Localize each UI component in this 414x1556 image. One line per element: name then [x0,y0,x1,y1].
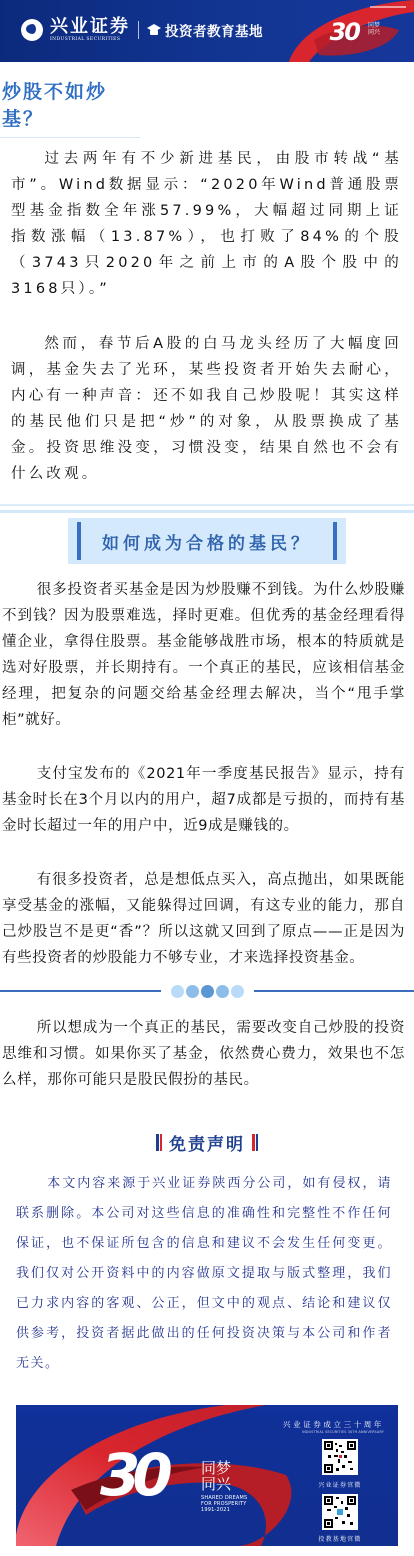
section-divider [0,504,414,513]
swirl-logo-icon [21,19,43,41]
disclaimer-text: 本文内容来源于兴业证券陕西分公司，如有侵权，请联系删除。本公司对这些信息的准确性… [0,1169,414,1379]
paragraph: 然而，春节后A股的白马龙头经历了大幅度回调，基金失去了光环，某些投资者开始失去耐… [0,331,414,487]
qr-code-icon [324,1441,356,1473]
dot-icon [231,985,244,998]
paragraph: 所以想成为一个真正的基民，需要改变自己炒股的投资思维和习惯。如果你买了基金，依然… [0,1015,414,1093]
section-header-box: 如何成为合格的基民？ [0,518,414,564]
paragraph: 过去两年有不少新进基民，由股市转战“基市”。Wind数据显示：“2020年Win… [0,146,414,302]
section-header: 如何成为合格的基民？ [68,518,346,564]
paragraph: 支付宝发布的《2021年一季度基民报告》显示，持有基金时长在3个月以内的用户，超… [0,761,414,839]
qr-label: 兴业证券官微 [315,1480,365,1489]
divider-line-left [0,990,161,992]
tricolor-bar-icon [156,1134,162,1151]
edu-base-text: 投资者教育基地 [165,20,263,40]
graduation-cap-icon [147,23,161,37]
divider-line-right [254,990,414,992]
qr-code-edu-base[interactable] [322,1494,358,1530]
divider-dots [170,985,245,998]
logo-separator [138,21,139,39]
disclaimer-header: 免责声明 [0,1130,414,1155]
anniversary-caption [370,6,406,8]
footer-banner: 30 同梦 同兴 SHARED DREAMS FOR PROSPERITY 19… [16,1405,398,1546]
anniversary-title: 兴业证券成立三十周年 [283,1419,384,1430]
brand-logo: 兴业证券 INDUSTRIAL SECURITIES 投资者教育基地 [21,17,263,42]
qr-label: 投教基地官微 [315,1534,365,1543]
dot-icon [171,985,184,998]
brand-name-en: INDUSTRIAL SECURITIES [50,37,130,42]
dot-icon [201,985,214,998]
anniversary-number: 30 [100,1445,165,1505]
motto-line: 同兴 [201,1476,231,1492]
dot-divider [0,983,414,999]
anniversary-years: 1991-2021 [201,1507,247,1513]
anniversary-subtitle: INDUSTRIAL SECURITIES 30TH ANNIVERSARY [302,1430,384,1434]
section-title-stock-vs-fund: 炒股不如炒基？ [0,77,140,138]
anniversary-motto-en: SHARED DREAMS FOR PROSPERITY 1991-2021 [201,1495,247,1513]
paragraph: 很多投资者买基金是因为炒股赚不到钱。为什么炒股赚不到钱？因为股票难选，择时更难。… [0,577,414,733]
paragraph: 有很多投资者，总是想低点买入，高点抛出，如果既能享受基金的涨幅，又能躲得过回调，… [0,867,414,971]
qr-code-icon [324,1496,356,1528]
anniversary-ribbon-graphic [16,1405,316,1546]
header-banner: 兴业证券 INDUSTRIAL SECURITIES 投资者教育基地 30 同梦… [0,0,414,62]
anniversary-motto-cn: 同梦 同兴 [201,1460,231,1492]
qr-code-official-account[interactable] [322,1439,358,1475]
motto-line: 同梦 [201,1460,231,1476]
page-bottom-spacer [0,1546,414,1556]
brand-name-cn: 兴业证券 [50,16,130,37]
anniversary-number: 30 [330,18,359,46]
tricolor-bar-icon [252,1134,258,1151]
disclaimer-title: 免责声明 [169,1130,245,1155]
brand-name: 兴业证券 INDUSTRIAL SECURITIES [50,17,130,42]
section-title-qualified-investor: 如何成为合格的基民？ [102,529,312,554]
dot-icon [186,985,199,998]
dot-icon [216,985,229,998]
anniversary-motto: 同梦 同兴 [368,22,380,36]
edu-base-label: 投资者教育基地 [147,20,263,40]
